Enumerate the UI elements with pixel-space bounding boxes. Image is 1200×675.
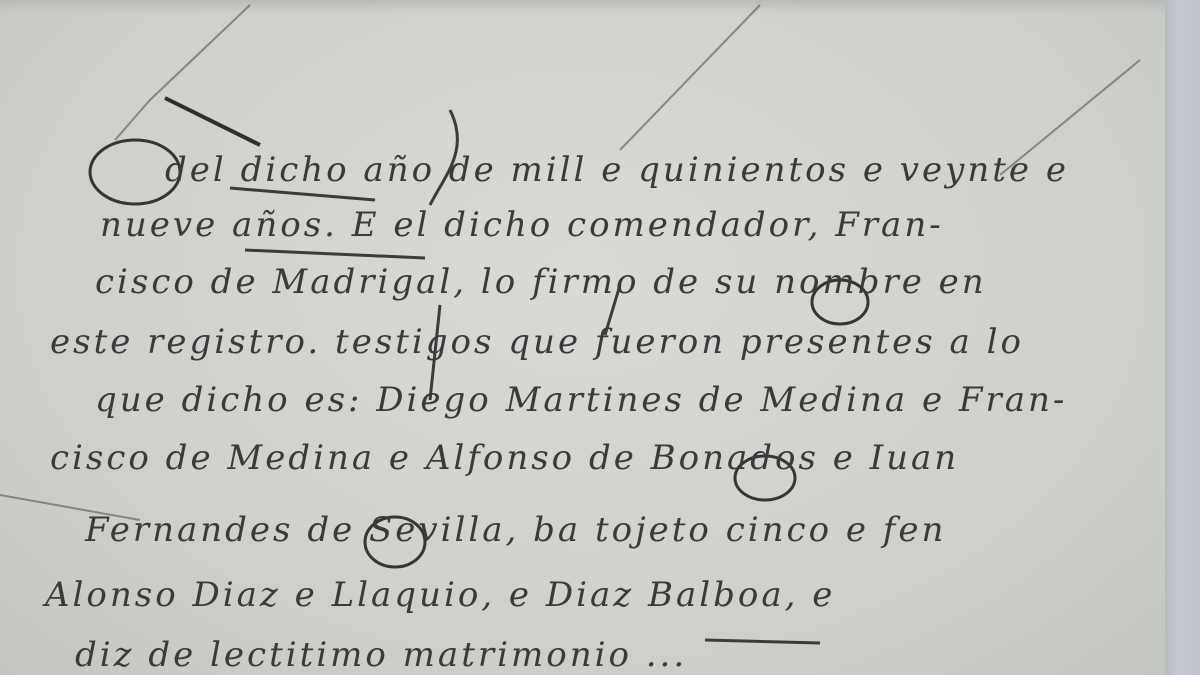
manuscript-line-6: cisco de Medina e Alfonso de Bonados e I… — [50, 438, 959, 478]
page-edge — [1165, 0, 1200, 675]
manuscript-line-2: nueve años. E el dicho comendador, Fran- — [100, 205, 944, 245]
manuscript-line-1: del dicho año de mill e quinientos e vey… — [165, 150, 1069, 190]
manuscript-line-7: Fernandes de Sevilla, ba tojeto cinco e … — [85, 510, 946, 550]
manuscript-line-9: diz de lectitimo matrimonio ... — [75, 635, 687, 675]
manuscript-line-4: este registro. testigos que fueron prese… — [50, 322, 1024, 362]
manuscript-line-5: que dicho es: Diego Martines de Medina e… — [95, 380, 1067, 420]
manuscript-line-8: Alonso Diaz e Llaquio, e Diaz Balboa, e — [45, 575, 835, 615]
manuscript-line-3: cisco de Madrigal, lo firmo de su nombre… — [95, 262, 987, 302]
